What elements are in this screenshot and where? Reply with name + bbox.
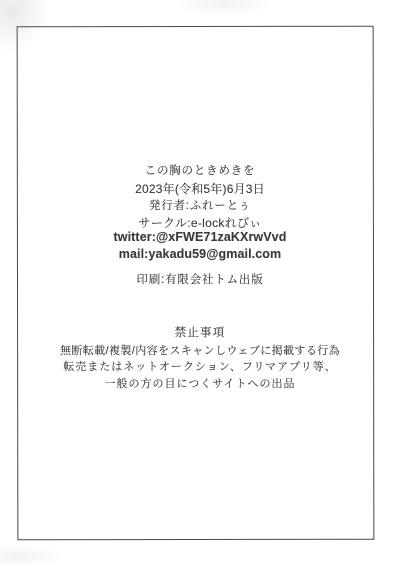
prohibited-line: 無断転載/複製/内容をスキャンしウェブに掲載する行為 — [0, 342, 400, 358]
printer-line: 印刷:有限会社トム出版 — [0, 271, 400, 287]
circle-line: サークル:e-lockれびぃ — [0, 214, 400, 231]
mail-address-line: mail:yakadu59@gmail.com — [0, 247, 400, 261]
prohibited-line: 転売またはネットオークション、フリマアプリ等、 — [0, 358, 400, 374]
prohibited-heading: 禁止事項 — [0, 324, 400, 340]
publisher-line: 発行者:ふれーとぅ — [0, 197, 400, 213]
scanned-colophon-page: この胸のときめきを 2023年(令和5年)6月3日 発行者:ふれーとぅ サークル… — [0, 0, 400, 566]
prohibited-line: 一般の方の目につくサイトへの出品 — [0, 375, 400, 391]
scan-smudge-bottom-left — [0, 546, 60, 564]
doujin-title-line: この胸のときめきを — [0, 162, 400, 178]
twitter-handle-line: twitter:@xFWE71zaKXrwVvd — [0, 230, 400, 244]
publication-date-line: 2023年(令和5年)6月3日 — [0, 180, 400, 197]
scan-smudge-top — [178, 0, 268, 16]
